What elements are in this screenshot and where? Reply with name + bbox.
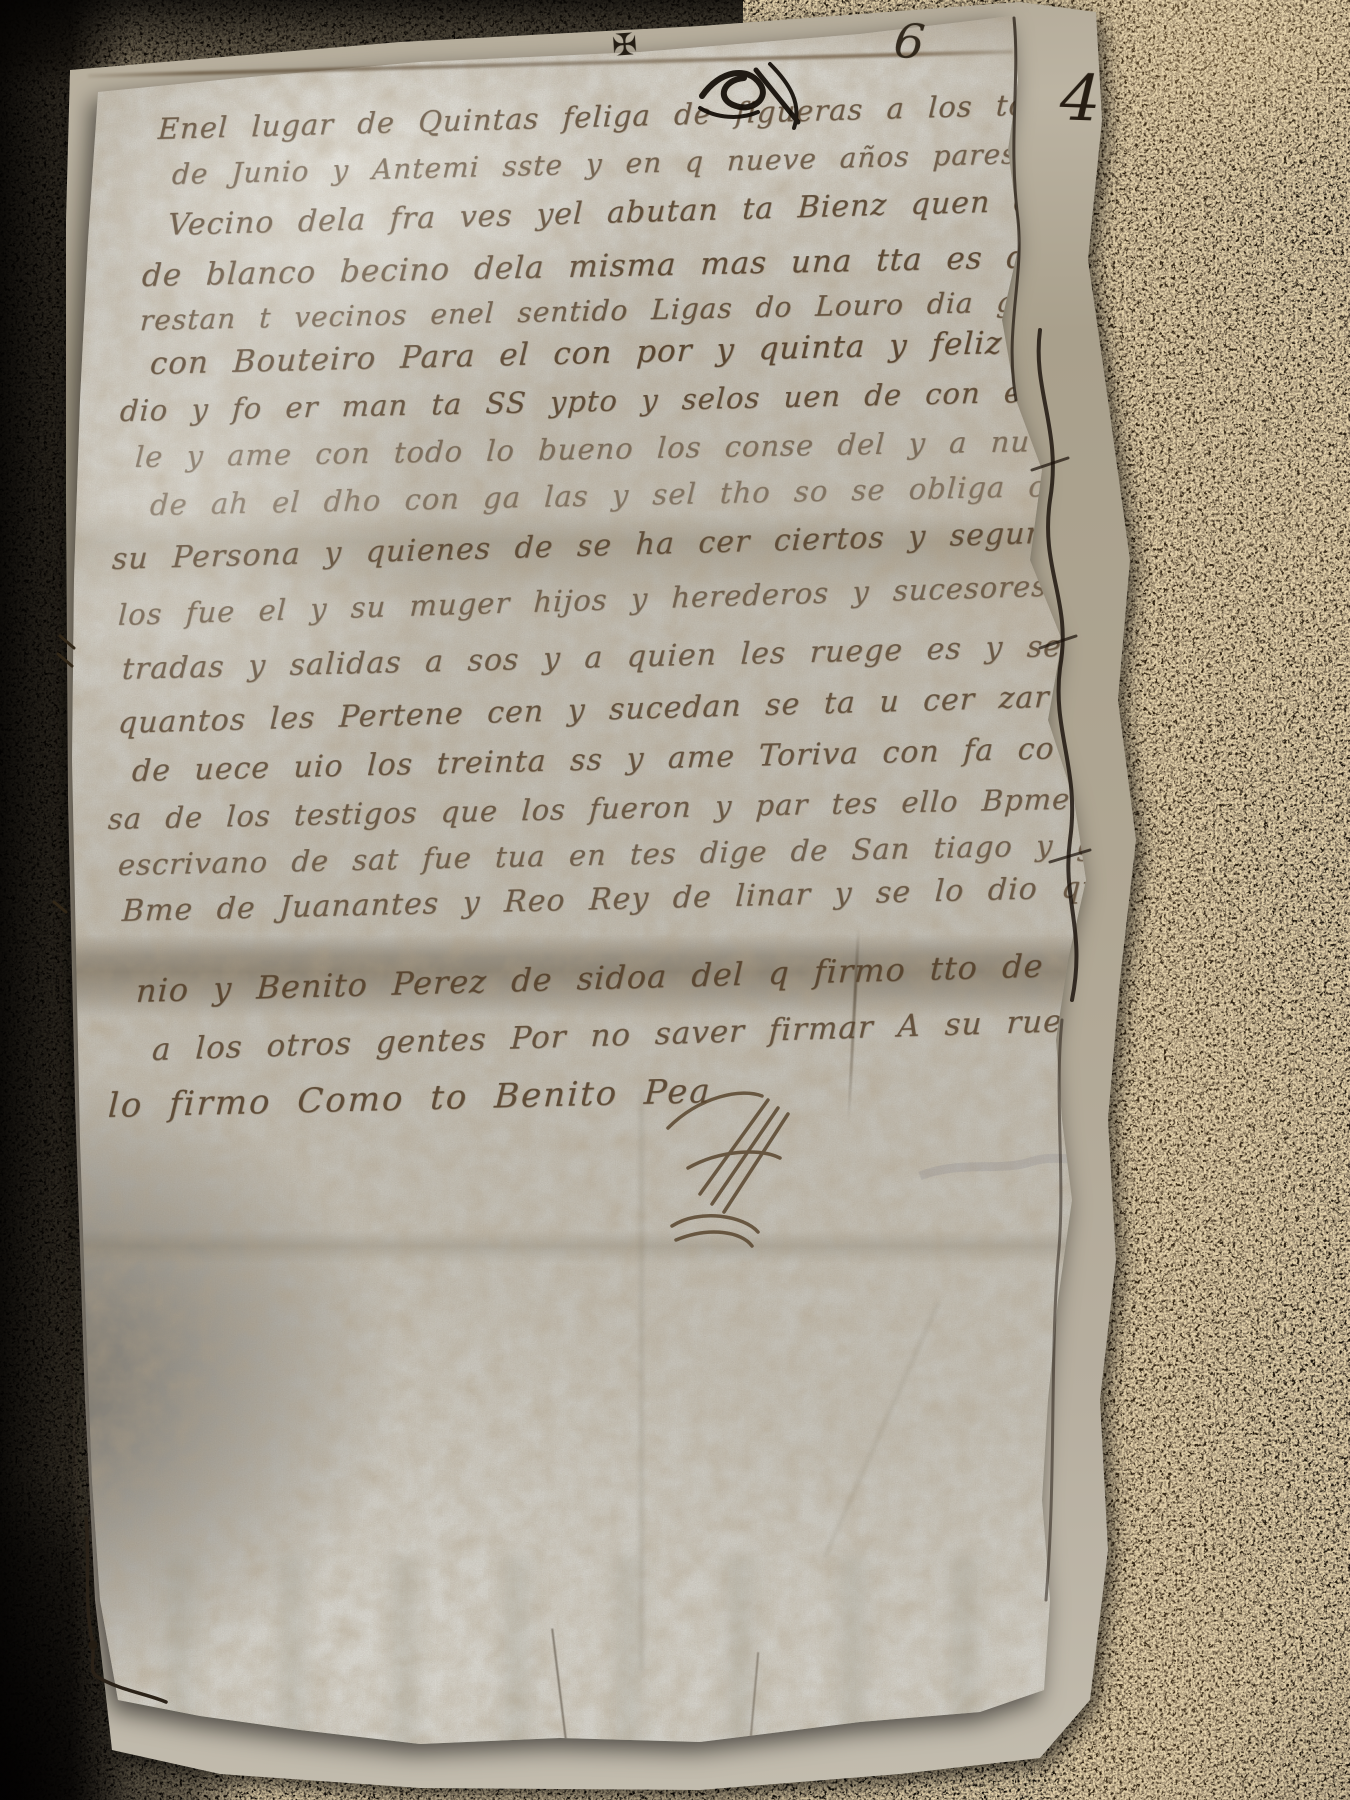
folio-number: 4	[1059, 61, 1102, 136]
manuscript-photo: Enel lugar de Quintas feliga de figueras…	[0, 0, 1350, 1800]
invocation-cross-icon: ✠	[611, 27, 639, 64]
top-sheet-number: 6	[891, 13, 927, 72]
ink-paraph-mark	[0, 0, 1350, 1800]
folio-marks: ✠ 6 4	[0, 0, 1350, 1800]
